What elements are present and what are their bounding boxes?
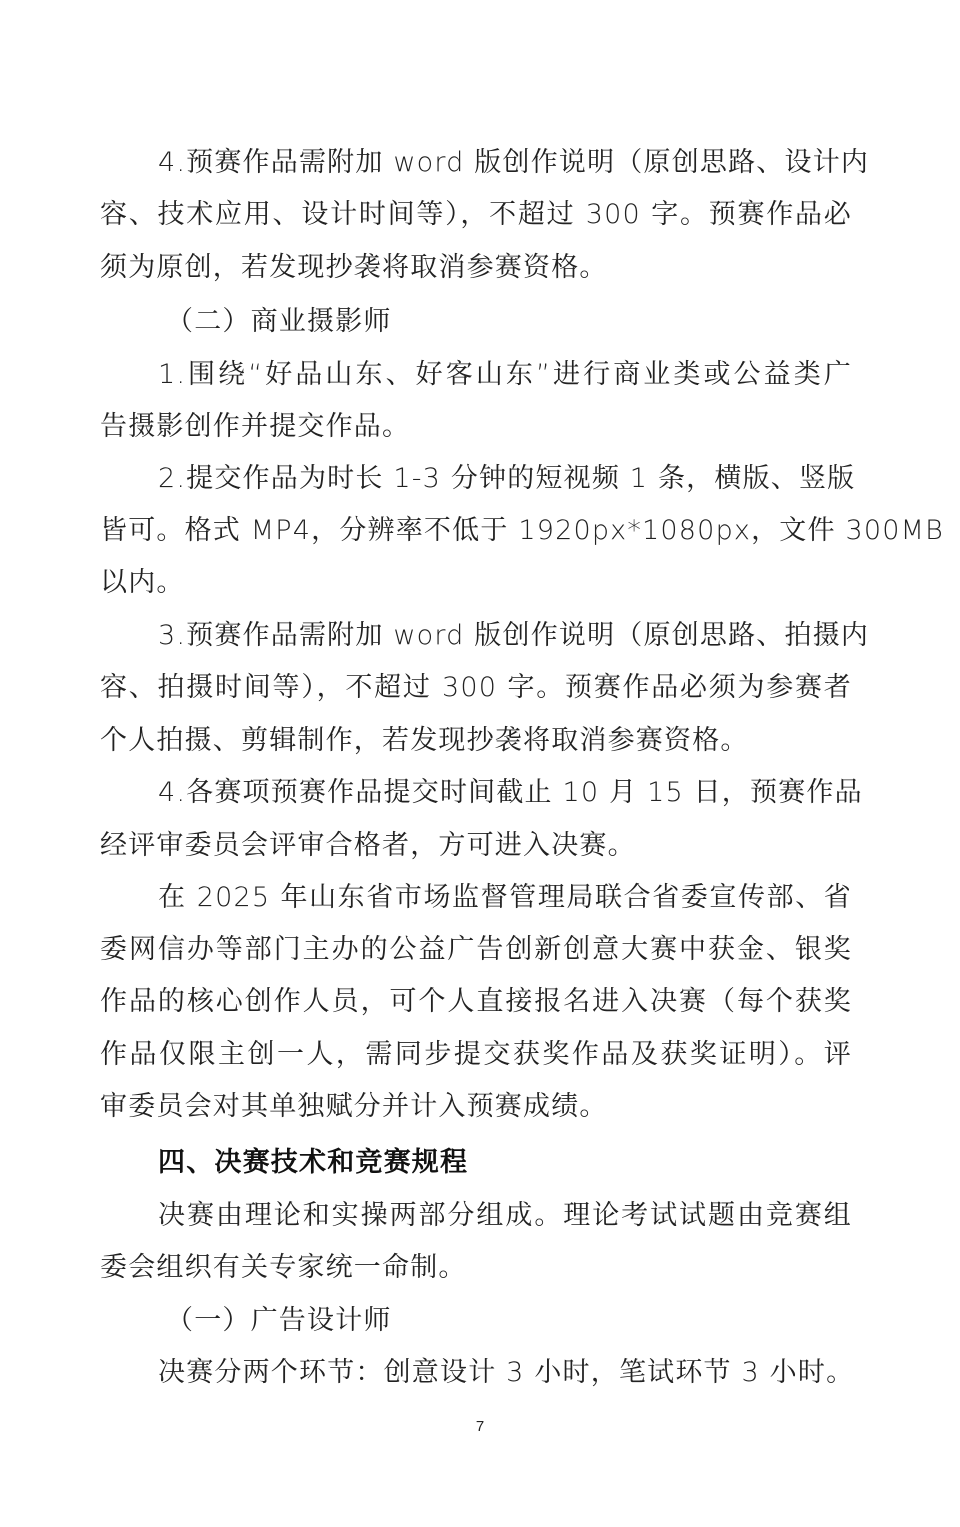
- section-heading: 四、决赛技术和竞赛规程: [158, 1143, 468, 1183]
- line-text: 决赛分两个环节：创意设计 3 小时，笔试环节 3 小时。: [158, 1353, 852, 1393]
- text-line: 个人拍摄、剪辑制作，若发现抄袭将取消参赛资格。: [100, 721, 749, 761]
- text-line: 1.围绕“好品山东、好客山东”进行商业类或公益类广: [158, 355, 852, 395]
- line-text: （一）广告设计师: [166, 1305, 392, 1336]
- page-number: 7: [0, 1418, 960, 1435]
- line-text: 作品的核心创作人员，可个人直接报名进入决赛（每个获奖: [100, 982, 852, 1022]
- text-line: 委网信办等部门主办的公益广告创新创意大赛中获金、银奖: [100, 930, 852, 970]
- line-text: 审委员会对其单独赋分并计入预赛成绩。: [100, 1091, 608, 1122]
- text-line: 3.预赛作品需附加 word 版创作说明（原创思路、拍摄内: [158, 616, 852, 656]
- line-text: 4.各赛项预赛作品提交时间截止 10 月 15 日，预赛作品: [158, 773, 852, 813]
- subsection-heading: （二）商业摄影师: [166, 302, 392, 342]
- text-line: 2.提交作品为时长 1-3 分钟的短视频 1 条，横版、竖版: [158, 459, 852, 499]
- line-text: 容、拍摄时间等），不超过 300 字。预赛作品必须为参赛者: [100, 668, 852, 708]
- text-line: 作品的核心创作人员，可个人直接报名进入决赛（每个获奖: [100, 982, 852, 1022]
- line-text: 委会组织有关专家统一命制。: [100, 1252, 467, 1283]
- line-text: 以内。: [100, 567, 185, 598]
- line-text: 1.围绕“好品山东、好客山东”进行商业类或公益类广: [158, 355, 852, 395]
- text-line: 决赛由理论和实操两部分组成。理论考试试题由竞赛组: [158, 1196, 852, 1236]
- subsection-heading: （一）广告设计师: [166, 1301, 392, 1341]
- text-line: 须为原创，若发现抄袭将取消参赛资格。: [100, 248, 608, 288]
- line-text: 委网信办等部门主办的公益广告创新创意大赛中获金、银奖: [100, 930, 852, 970]
- line-text: 经评审委员会评审合格者，方可进入决赛。: [100, 830, 636, 861]
- text-line: 以内。: [100, 563, 185, 603]
- line-text: 4.预赛作品需附加 word 版创作说明（原创思路、设计内: [158, 143, 852, 183]
- line-text: 告摄影创作并提交作品。: [100, 411, 410, 442]
- text-line: 4.各赛项预赛作品提交时间截止 10 月 15 日，预赛作品: [158, 773, 852, 813]
- text-line: 审委员会对其单独赋分并计入预赛成绩。: [100, 1087, 608, 1127]
- text-line: 经评审委员会评审合格者，方可进入决赛。: [100, 826, 636, 866]
- line-text: （二）商业摄影师: [166, 306, 392, 337]
- line-text: 容、技术应用、设计时间等），不超过 300 字。预赛作品必: [100, 195, 852, 235]
- line-text: 2.提交作品为时长 1-3 分钟的短视频 1 条，横版、竖版: [158, 459, 852, 499]
- text-line: 4.预赛作品需附加 word 版创作说明（原创思路、设计内: [158, 143, 852, 183]
- text-line: 决赛分两个环节：创意设计 3 小时，笔试环节 3 小时。: [158, 1353, 852, 1393]
- line-text: 在 2025 年山东省市场监督管理局联合省委宣传部、省: [158, 878, 852, 918]
- text-line: 告摄影创作并提交作品。: [100, 407, 410, 447]
- text-line: 容、拍摄时间等），不超过 300 字。预赛作品必须为参赛者: [100, 668, 852, 708]
- text-line: 在 2025 年山东省市场监督管理局联合省委宣传部、省: [158, 878, 852, 918]
- line-text: 作品仅限主创一人，需同步提交获奖作品及获奖证明）。评: [100, 1035, 852, 1075]
- text-line: 作品仅限主创一人，需同步提交获奖作品及获奖证明）。评: [100, 1035, 852, 1075]
- line-text: 决赛由理论和实操两部分组成。理论考试试题由竞赛组: [158, 1196, 852, 1236]
- text-line: 皆可。格式 MP4，分辨率不低于 1920px*1080px，文件 300MB: [100, 511, 852, 551]
- line-text: 四、决赛技术和竞赛规程: [158, 1147, 468, 1178]
- line-text: 须为原创，若发现抄袭将取消参赛资格。: [100, 252, 608, 283]
- line-text: 3.预赛作品需附加 word 版创作说明（原创思路、拍摄内: [158, 616, 852, 656]
- text-line: 容、技术应用、设计时间等），不超过 300 字。预赛作品必: [100, 195, 852, 235]
- line-text: 皆可。格式 MP4，分辨率不低于 1920px*1080px，文件 300MB: [100, 511, 852, 551]
- text-line: 委会组织有关专家统一命制。: [100, 1248, 467, 1288]
- line-text: 个人拍摄、剪辑制作，若发现抄袭将取消参赛资格。: [100, 725, 749, 756]
